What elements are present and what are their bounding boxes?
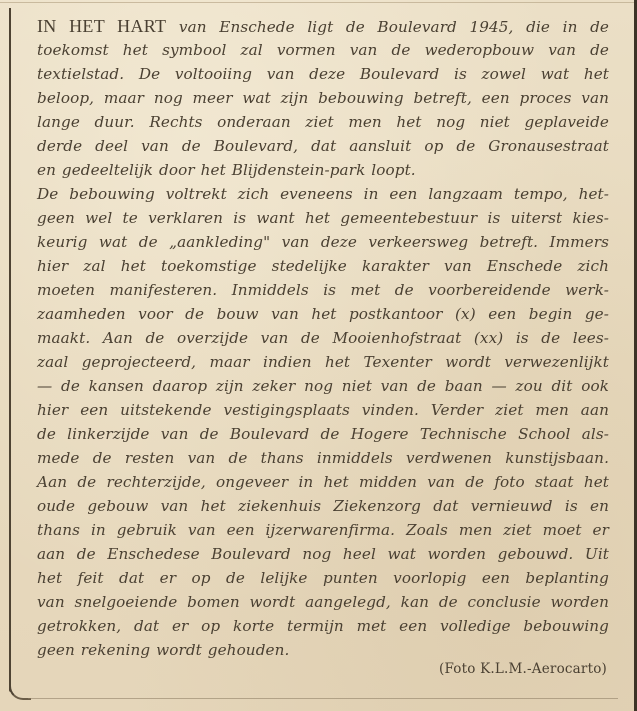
bottom-border-rule <box>28 698 618 699</box>
article-line: thans in gebruik van een ijzerwarenfirma… <box>37 518 609 542</box>
article-line: beloop, maar nog meer wat zijn bebouwing… <box>37 86 609 110</box>
top-rule-divider <box>0 2 637 3</box>
left-border-rule <box>9 8 11 692</box>
article-line: textielstad. De voltooiing van deze Boul… <box>37 62 609 86</box>
article-line: de linkerzijde van de Boulevard de Hoger… <box>37 422 609 446</box>
article-line: geen rekening wordt gehouden. <box>37 638 609 662</box>
article-line: toekomst het symbool zal vormen van de w… <box>37 38 609 62</box>
article-line: zaal geprojecteerd, maar indien het Texe… <box>37 350 609 374</box>
article-line: mede de resten van de thans inmiddels ve… <box>37 446 609 470</box>
newspaper-clipping: IN HET HART van Enschede ligt de Bouleva… <box>0 0 637 711</box>
article-line: en gedeeltelijk door het Blijdenstein-pa… <box>37 158 609 182</box>
article-line: zaamheden voor de bouw van het postkanto… <box>37 302 609 326</box>
article-line: van snelgoeiende bomen wordt aangelegd, … <box>37 590 609 614</box>
article-line: aan de Enschedese Boulevard nog heel wat… <box>37 542 609 566</box>
article-body: IN HET HART van Enschede ligt de Bouleva… <box>37 14 609 662</box>
article-line: lange duur. Rechts onderaan ziet men het… <box>37 110 609 134</box>
article-line-text: van Enschede ligt de Boulevard 1945, die… <box>166 18 609 36</box>
article-line: getrokken, dat er op korte termijn met e… <box>37 614 609 638</box>
article-line: maakt. Aan de overzijde van de Mooienhof… <box>37 326 609 350</box>
rounded-bottom-left-corner <box>9 672 31 700</box>
article-line: De bebouwing voltrekt zich eveneens in e… <box>37 182 609 206</box>
article-line: oude gebouw van het ziekenhuis Ziekenzor… <box>37 494 609 518</box>
article-line: Aan de rechterzijde, ongeveer in het mid… <box>37 470 609 494</box>
lead-caps-heading: IN HET HART <box>37 16 166 36</box>
article-line: keurig wat de „aankleding" van deze verk… <box>37 230 609 254</box>
article-line: het feit dat er op de lelijke punten voo… <box>37 566 609 590</box>
article-line: geen wel te verklaren is want het gemeen… <box>37 206 609 230</box>
article-line: hier een uitstekende vestigingsplaats vi… <box>37 398 609 422</box>
article-line: derde deel van de Boulevard, dat aanslui… <box>37 134 609 158</box>
photo-credit: (Foto K.L.M.-Aerocarto) <box>439 661 607 677</box>
article-line: — de kansen daarop zijn zeker nog niet v… <box>37 374 609 398</box>
article-line: IN HET HART van Enschede ligt de Bouleva… <box>37 14 609 38</box>
article-line: moeten manifesteren. Inmiddels is met de… <box>37 278 609 302</box>
article-line: hier zal het toekomstige stedelijke kara… <box>37 254 609 278</box>
